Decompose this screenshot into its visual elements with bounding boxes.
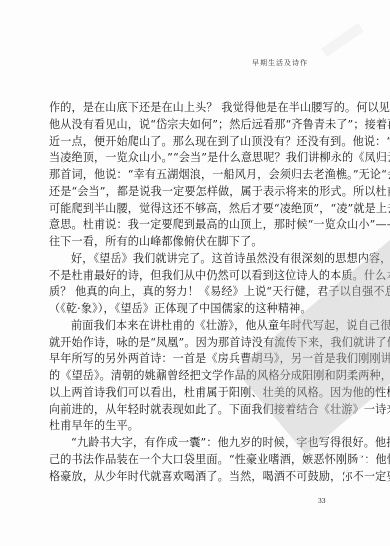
text-line: “九龄书大字，有作成一囊”：他九岁的时候，字也写得很好。他把自 — [49, 435, 341, 452]
watermark-faint — [321, 23, 364, 57]
text-line: 还是“会当”，都是说我一定要怎样做，属于表示将来的形式。所以杜甫 — [49, 184, 341, 201]
text-line: （《乾·象》），《望岳》正体现了中国儒家的这种精神。 — [49, 301, 341, 318]
text-line: 当凌绝顶，一览众山小。”“会当”是什么意思呢？我们讲柳永的《凤归云》 — [49, 150, 341, 167]
text-line: 就开始作诗，咏的是“凤凰”。因为那首诗没有流传下来，我们就讲了他 — [49, 335, 341, 352]
text-line: 意思。杜甫说：我一定要爬到最高的山顶上，那时候“一览众山小”—— — [49, 217, 341, 234]
running-header: 早期生活及诗作 — [252, 58, 308, 68]
text-line: 那首词，他说：“幸有五湖烟浪，一船风月，会须归去老渔樵。”无论“会须” — [49, 167, 341, 184]
text-line: 早年所写的另外两首诗：一首是《房兵曹胡马》，另一首是我们刚刚讲完 — [49, 351, 341, 368]
text-line: 不是杜甫最好的诗，但我们从中仍然可以看到这位诗人的本质。什么本 — [49, 268, 341, 285]
text-line: 己的书法作品装在一个大口袋里面。“性豪业嗜酒，嫉恶怀刚肠”：他性 — [49, 452, 341, 469]
text-line: 质？ 他真的向上，真的努力！《易经》上说“天行健，君子以自强不息” — [49, 284, 341, 301]
text-line: 他从没有看见山，说“岱宗夫如何”；然后远看那“齐鲁青未了”；接着再走 — [49, 117, 341, 134]
text-line: 格豪放，从少年时代就喜欢喝酒了。当然，喝酒不可鼓励，你不一定要喝 — [49, 469, 341, 486]
text-line: 向前进的，从年轻时就表现如此了。下面我们接着结合《壮游》一诗来看 — [49, 402, 341, 419]
text-line: 往下一看，所有的山峰都像俯伏在脚下了。 — [49, 234, 341, 251]
text-line: 可能爬到半山腰，觉得这还不够高，然后才要“凌绝顶”，“凌”就是上去的 — [49, 201, 341, 218]
text-line: 好，《望岳》我们就讲完了。这首诗虽然没有很深刻的思想内容，也 — [49, 251, 341, 268]
text-line: 以上两首诗我们可以看出，杜甫属于阳刚、壮美的风格。因为他的性格是 — [49, 385, 341, 402]
text-line: 的《望岳》。清朝的姚鼐曾经把文学作品的风格分成阳刚和阴柔两种，从 — [49, 368, 341, 385]
text-line: 近一点，便开始爬山了。那么现在到了山顶没有？还没有到。他说：“会 — [49, 134, 341, 151]
text-line: 作的，是在山底下还是在山上头？ 我觉得他是在半山腰写的。何以见得？ — [49, 100, 341, 117]
body-text: 作的，是在山底下还是在山上头？ 我觉得他是在半山腰写的。何以见得？ 他从没有看见… — [49, 100, 341, 485]
text-line: 杜甫早年的生平。 — [49, 418, 341, 435]
book-page: 早期生活及诗作 作的，是在山底下还是在山上头？ 我觉得他是在半山腰写的。何以见得… — [0, 0, 390, 546]
page-number: 33 — [318, 496, 326, 505]
text-line: 前面我们本来在讲杜甫的《壮游》，他从童年时代写起，说自己很早 — [49, 318, 341, 335]
